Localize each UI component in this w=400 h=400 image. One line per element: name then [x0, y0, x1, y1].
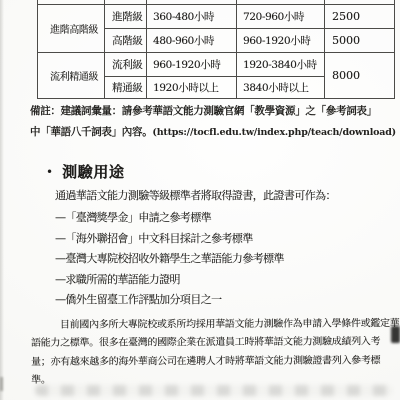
remark-line-1: 備註：建議詞彙量：請參考華語文能力測驗官網「教學資源」之「參考詞表」: [30, 101, 396, 122]
uses-list: —「臺灣獎學金」申請之參考標準 —「海外聯招會」中文科目採計之參考標準 —臺灣大…: [55, 208, 284, 311]
list-item: —「臺灣獎學金」申請之參考標準: [55, 208, 284, 229]
proficiency-table: 進階高階級 進階級 360-480小時 720-960小時 2500 高階級 4…: [37, 0, 395, 99]
table-cell-hours-domestic: 960-1920小時: [147, 53, 237, 77]
remark-line-2-text: 中「華語八千詞表」內容。: [30, 126, 152, 138]
page-edge-mark: [0, 377, 3, 391]
table-cell-hours-domestic: 360-480小時: [147, 5, 237, 29]
table-cell-level: 高階級: [105, 29, 147, 53]
section-heading: • 測驗用途: [46, 161, 124, 182]
table-cell-hours-abroad: 960-1920小時: [237, 29, 325, 53]
table-cell-hours-abroad: 1920-3840小時: [237, 53, 325, 77]
page-edge-shadow: [0, 0, 4, 400]
table-cell-level: 流利級: [105, 53, 147, 77]
remark-note: 備註：建議詞彙量：請參考華語文能力測驗官網「教學資源」之「參考詞表」 中「華語八…: [30, 101, 396, 143]
section-title: 測驗用途: [62, 161, 124, 182]
table-cell-vocab-merged: 8000: [325, 53, 395, 99]
paragraph-line: 目前國內多所大專院校或系所均採用華語文能力測驗作為申請入學條件或鑑定華: [31, 315, 400, 335]
paragraph-line: 語能力之標準。很多在臺灣的國際企業在派遣員工時將華語文能力測驗成績列入考: [31, 334, 400, 354]
paragraph-line: 量；亦有越來越多的海外華商公司在遴聘人才時將華語文能力測驗證書列入參考標: [31, 352, 400, 372]
table-cell-vocab: 2500: [325, 5, 395, 29]
page-bleedthrough-text: [35, 385, 393, 396]
table-cell-level: 進階級: [105, 5, 147, 29]
scan-ink-smudge: [391, 326, 400, 343]
list-item: —求職所需的華語能力證明: [55, 270, 284, 291]
closing-paragraph: 目前國內多所大專院校或系所均採用華語文能力測驗作為申請入學條件或鑑定華 語能力之…: [31, 315, 400, 390]
table-cell-hours-domestic: 480-960小時: [147, 29, 237, 53]
list-item: —僑外生留臺工作評點加分項目之一: [55, 290, 284, 311]
list-item: —「海外聯招會」中文科目採計之參考標準: [55, 229, 284, 250]
table-cell-hours-abroad: 3840小時以上: [237, 77, 325, 99]
section-intro: 通過華語文能力測驗等級標準者將取得證書，此證書可作為：: [55, 187, 336, 203]
table-cell-vocab: 5000: [325, 29, 395, 53]
table-cell-hours-abroad: 720-960小時: [237, 5, 325, 29]
tocfl-url-text: (https://tocfl.edu.tw/index.php/teach/do…: [152, 127, 396, 138]
scanned-document-page: { "colors": { "paper": "#fbfbf9", "ink":…: [0, 0, 400, 400]
table-cell-band-advanced: 進階高階級: [37, 5, 105, 53]
bullet-icon: •: [46, 165, 53, 179]
table-cell-hours-domestic: 1920小時以上: [147, 77, 237, 99]
remark-line-2: 中「華語八千詞表」內容。(https://tocfl.edu.tw/index.…: [30, 122, 396, 144]
table-cell-level: 精通級: [105, 77, 147, 99]
list-item: —臺灣大專院校招收外籍學生之華語能力參考標準: [55, 249, 284, 270]
table-cell-band-fluent: 流利精通級: [37, 53, 105, 99]
